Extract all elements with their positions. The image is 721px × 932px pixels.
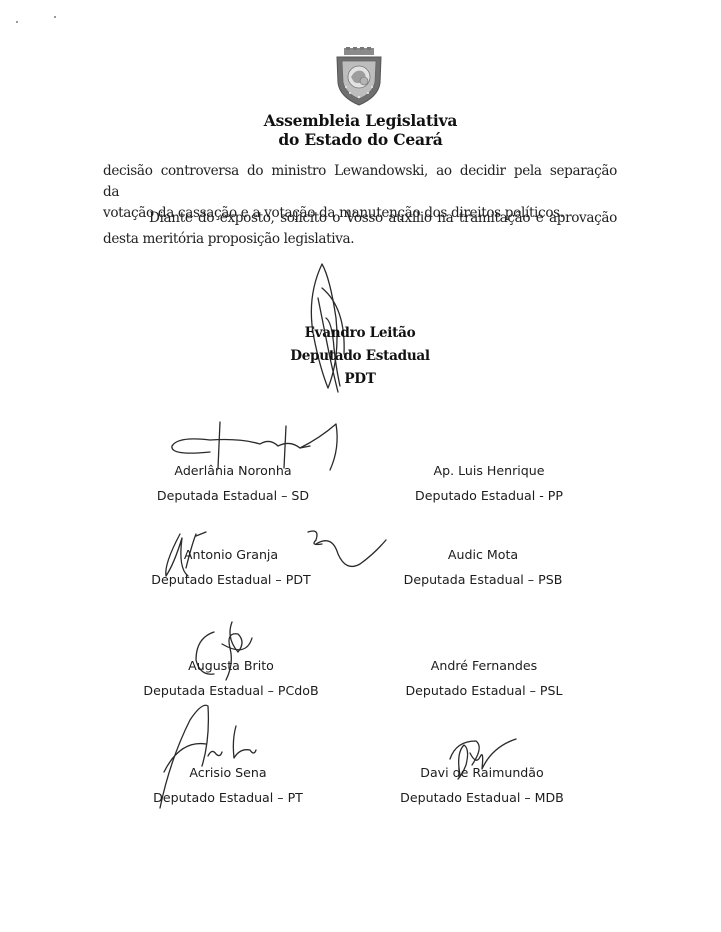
scan-speck [16, 21, 18, 23]
organization-name-line2: do Estado do Ceará [200, 130, 521, 149]
document-page: Assembleia Legislativa do Estado do Cear… [0, 0, 721, 932]
signatory-name: Acrisio Sena [118, 760, 338, 785]
scan-speck [54, 16, 56, 18]
signatory-role: Deputado Estadual - PP [379, 483, 599, 508]
signatory-block: Acrisio Sena Deputado Estadual – PT [118, 760, 338, 810]
body-paragraph-2: Diante do exposto, solicito o Vosso auxí… [103, 208, 617, 250]
signatory-name: Davi de Raimundão [372, 760, 592, 785]
signatory-name: André Fernandes [374, 653, 594, 678]
signatory-block: André Fernandes Deputado Estadual – PSL [374, 653, 594, 703]
state-coat-of-arms-icon [334, 47, 384, 107]
signatory-name: Augusta Brito [121, 653, 341, 678]
signatory-role: Deputado Estadual – PDT [121, 567, 341, 592]
signatory-role: Deputado Estadual – PT [118, 785, 338, 810]
signatory-block: Augusta Brito Deputada Estadual – PCdoB [121, 653, 341, 703]
signatory-block: Audic Mota Deputada Estadual – PSB [373, 542, 593, 592]
organization-header: Assembleia Legislativa do Estado do Cear… [200, 111, 521, 149]
signatory-role: Deputado Estadual – PSL [374, 678, 594, 703]
paragraph-2-text: Diante do exposto, solicito o Vosso auxí… [103, 210, 617, 247]
signatory-role: Deputada Estadual – PCdoB [121, 678, 341, 703]
main-signatory-block: Evandro Leitão Deputado Estadual PDT [260, 322, 460, 391]
signatory-block: Aderlânia Noronha Deputada Estadual – SD [123, 458, 343, 508]
signatory-block: Antonio Granja Deputado Estadual – PDT [121, 542, 341, 592]
signatory-name: Ap. Luis Henrique [379, 458, 599, 483]
signatory-block: Davi de Raimundão Deputado Estadual – MD… [372, 760, 592, 810]
signatory-role: Deputado Estadual – MDB [372, 785, 592, 810]
main-signatory-role: Deputado Estadual [260, 345, 460, 368]
main-signatory-party: PDT [260, 368, 460, 391]
signatory-block: Ap. Luis Henrique Deputado Estadual - PP [379, 458, 599, 508]
signatory-role: Deputada Estadual – SD [123, 483, 343, 508]
paragraph-1-line-1: decisão controversa do ministro Lewandow… [103, 161, 617, 203]
signatory-name: Antonio Granja [121, 542, 341, 567]
main-signatory-name: Evandro Leitão [260, 322, 460, 345]
organization-name-line1: Assembleia Legislativa [200, 111, 521, 130]
signatory-name: Audic Mota [373, 542, 593, 567]
signatory-name: Aderlânia Noronha [123, 458, 343, 483]
signatory-role: Deputada Estadual – PSB [373, 567, 593, 592]
